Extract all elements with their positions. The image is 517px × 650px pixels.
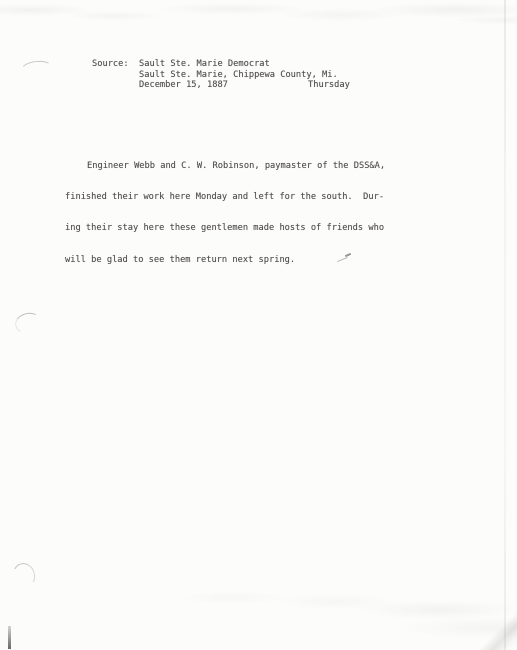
scanned-page: Source: Sault Ste. Marie Democrat Sault … [0, 0, 517, 650]
pencil-arc-mark-bottom-left [10, 561, 38, 591]
scan-noise-top [0, 0, 517, 28]
pencil-arc-mark-middle-left [13, 310, 43, 336]
publication-weekday: Thursday [308, 80, 350, 91]
scan-noise-bottom [0, 590, 517, 650]
paper-edge-seam [504, 0, 506, 650]
article-line: will be glad to see them return next spr… [65, 255, 405, 265]
article-line: finished their work here Monday and left… [65, 192, 405, 202]
pencil-arc-mark-top-left [19, 59, 54, 80]
paper-edge-tick [8, 626, 11, 649]
article-paragraph: Engineer Webb and C. W. Robinson, paymas… [65, 140, 405, 287]
source-label: Source: [92, 59, 129, 70]
page-curl-shadow [480, 612, 517, 650]
publication-name: Sault Ste. Marie Democrat [139, 59, 270, 70]
publication-date: December 15, 1887 [139, 80, 228, 91]
publication-location: Sault Ste. Marie, Chippewa County, Mi. [139, 70, 338, 81]
article-line: Engineer Webb and C. W. Robinson, paymas… [65, 161, 405, 171]
article-line: ing their stay here these gentlemen made… [65, 223, 405, 233]
